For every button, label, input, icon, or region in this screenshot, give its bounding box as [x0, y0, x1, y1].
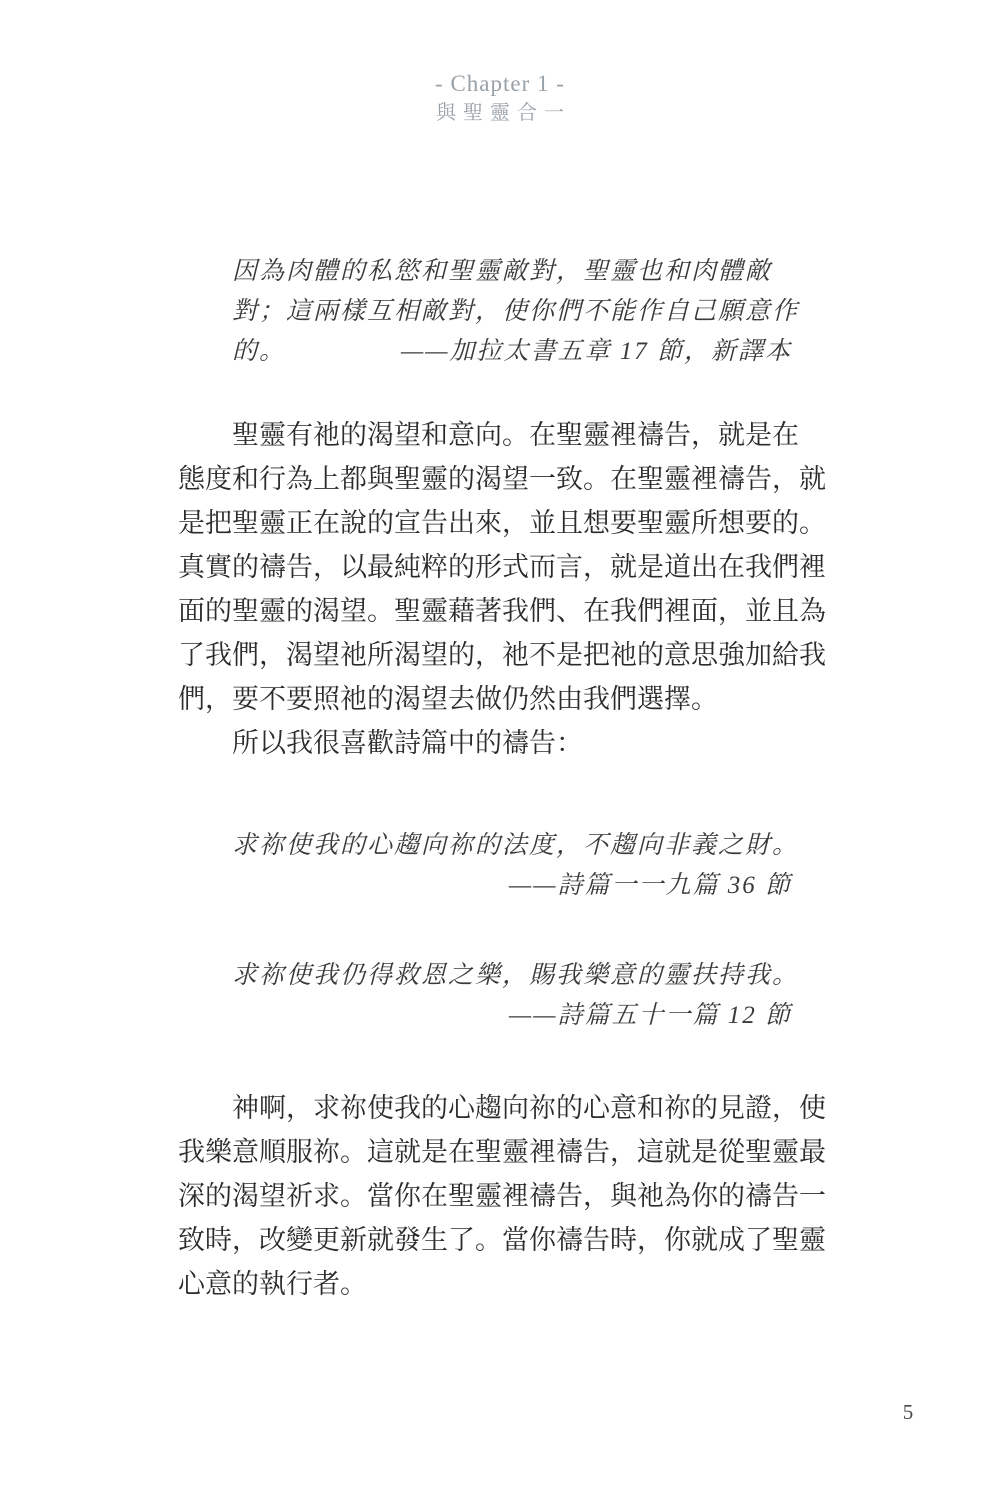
closing-paragraph: 神啊，求祢使我的心趨向祢的心意和祢的見證，使 我樂意順服祢。這就是在聖靈裡禱告，…: [178, 1086, 830, 1306]
epigraph-attribution: ——加拉太書五章 17 節，新譯本: [401, 332, 792, 372]
epigraph-line: 對；這兩樣互相敵對，使你們不能作自己願意作: [232, 292, 792, 332]
epigraph-line-end: 的。: [232, 332, 286, 372]
body-line: 心意的執行者。: [178, 1262, 830, 1306]
page-header: - Chapter 1 - 與聖靈合一: [0, 70, 1000, 128]
epigraph-quote: 因為肉體的私慾和聖靈敵對，聖靈也和肉體敵 對；這兩樣互相敵對，使你們不能作自己願…: [232, 252, 792, 372]
body-line: 聖靈有祂的渴望和意向。在聖靈裡禱告，就是在: [178, 413, 830, 457]
psalm-quote-text: 求祢使我的心趨向祢的法度，不趨向非義之財。: [232, 826, 792, 866]
body-line: 神啊，求祢使我的心趨向祢的心意和祢的見證，使: [178, 1086, 830, 1130]
body-line: 了我們，渴望祂所渴望的，祂不是把祂的意思強加給我: [178, 633, 830, 677]
body-line: 態度和行為上都與聖靈的渴望一致。在聖靈裡禱告，就: [178, 457, 830, 501]
chapter-title: 與聖靈合一: [0, 98, 1000, 128]
body-line: 深的渴望祈求。當你在聖靈裡禱告，與祂為你的禱告一: [178, 1174, 830, 1218]
body-line: 是把聖靈正在說的宣告出來，並且想要聖靈所想要的。: [178, 501, 830, 545]
psalm-quote-51: 求祢使我仍得救恩之樂，賜我樂意的靈扶持我。 ——詩篇五十一篇 12 節: [232, 956, 792, 1036]
body-line: 致時，改變更新就發生了。當你禱告時，你就成了聖靈: [178, 1218, 830, 1262]
psalm-quote-attribution: ——詩篇一一九篇 36 節: [232, 866, 792, 906]
epigraph-line: 因為肉體的私慾和聖靈敵對，聖靈也和肉體敵: [232, 252, 792, 292]
body-line: 所以我很喜歡詩篇中的禱告：: [178, 721, 830, 765]
body-line: 們，要不要照祂的渴望去做仍然由我們選擇。: [178, 677, 830, 721]
book-page: - Chapter 1 - 與聖靈合一 因為肉體的私慾和聖靈敵對，聖靈也和肉體敵…: [0, 0, 1000, 1503]
chapter-label: - Chapter 1 -: [0, 70, 1000, 98]
psalm-quote-text: 求祢使我仍得救恩之樂，賜我樂意的靈扶持我。: [232, 956, 792, 996]
body-paragraphs: 聖靈有祂的渴望和意向。在聖靈裡禱告，就是在 態度和行為上都與聖靈的渴望一致。在聖…: [178, 413, 830, 765]
body-line: 我樂意順服祢。這就是在聖靈裡禱告，這就是從聖靈最: [178, 1130, 830, 1174]
body-line: 面的聖靈的渴望。聖靈藉著我們、在我們裡面，並且為: [178, 589, 830, 633]
psalm-quote-attribution: ——詩篇五十一篇 12 節: [232, 996, 792, 1036]
epigraph-last-line: 的。 ——加拉太書五章 17 節，新譯本: [232, 332, 792, 372]
psalm-quote-119: 求祢使我的心趨向祢的法度，不趨向非義之財。 ——詩篇一一九篇 36 節: [232, 826, 792, 906]
body-line: 真實的禱告，以最純粹的形式而言，就是道出在我們裡: [178, 545, 830, 589]
page-number: 5: [878, 1400, 938, 1425]
